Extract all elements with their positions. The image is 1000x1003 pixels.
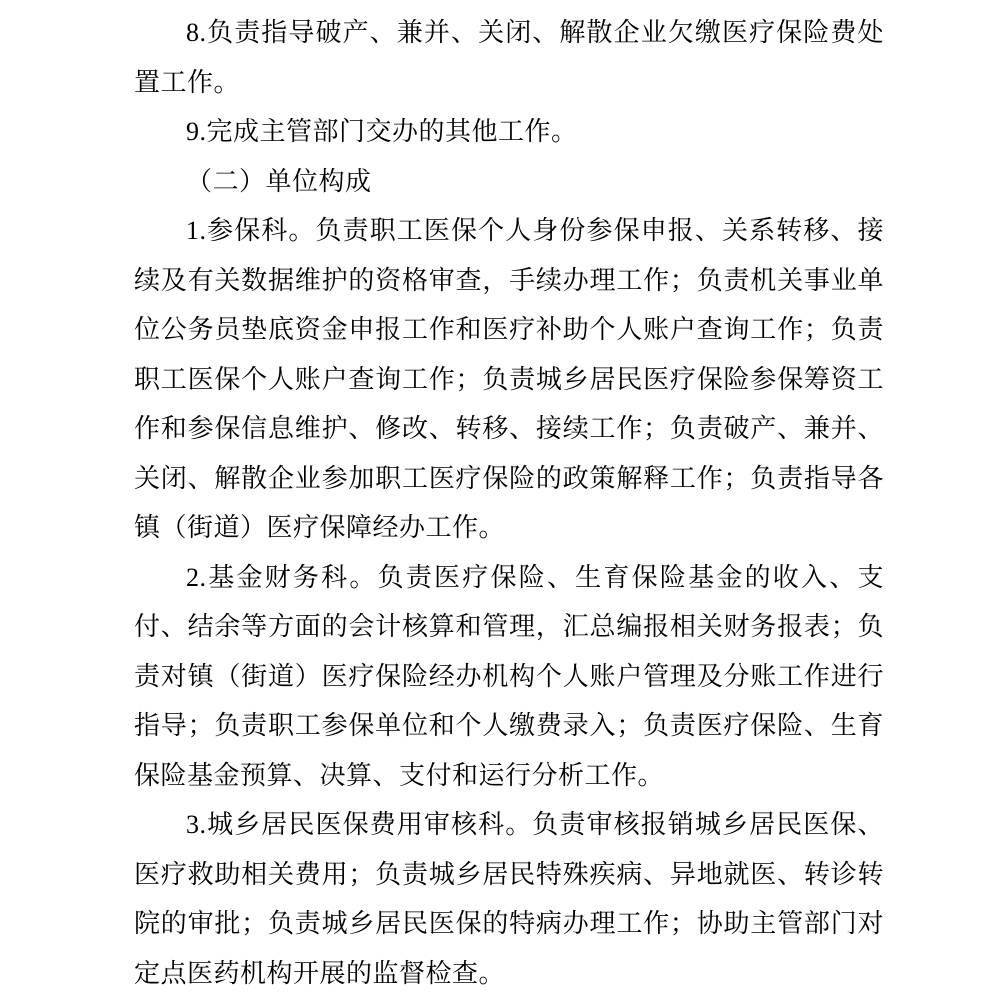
document-page: 8.负责指导破产、兼并、关闭、解散企业欠缴医疗保险费处置工作。 9.完成主管部门… xyxy=(0,0,1000,1003)
paragraph-item-8-enterprise-arrears: 8.负责指导破产、兼并、关闭、解散企业欠缴医疗保险费处置工作。 xyxy=(134,8,884,107)
paragraph-dept-2-fund-finance-section: 2.基金财务科。负责医疗保险、生育保险基金的收入、支付、结余等方面的会计核算和管… xyxy=(134,553,884,801)
paragraph-dept-1-enrollment-section: 1.参保科。负责职工医保个人身份参保申报、关系转移、接续及有关数据维护的资格审查… xyxy=(134,206,884,553)
paragraph-item-9-other-tasks: 9.完成主管部门交办的其他工作。 xyxy=(134,107,884,157)
section-heading-unit-composition: （二）单位构成 xyxy=(134,157,884,207)
paragraph-dept-3-resident-expense-audit-section: 3.城乡居民医保费用审核科。负责审核报销城乡居民医保、医疗救助相关费用；负责城乡… xyxy=(134,800,884,998)
